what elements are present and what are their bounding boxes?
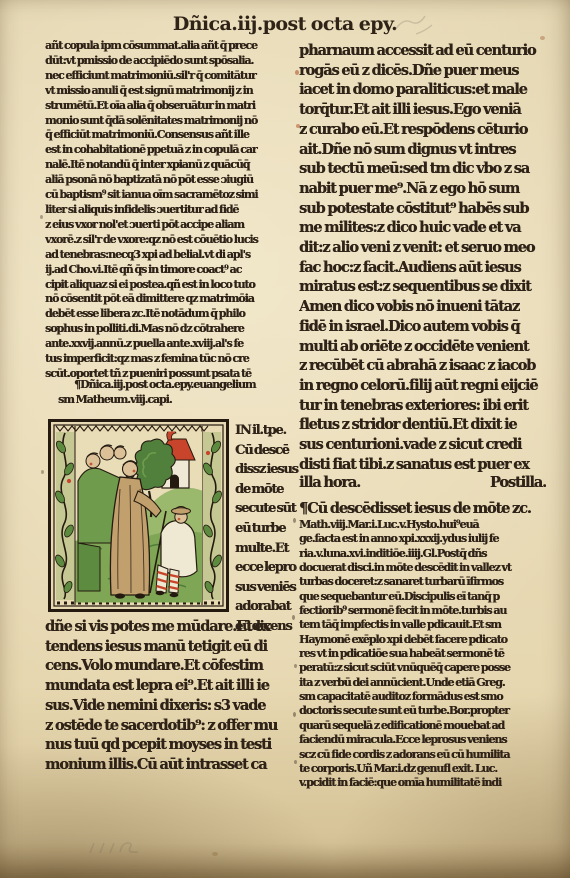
ink-speck <box>40 215 43 219</box>
vine-border-left <box>54 426 76 605</box>
foxing-speck <box>540 36 545 40</box>
ink-speck <box>292 615 295 620</box>
gospel-text-beside-woodcut: IN il.tpe. Cū descē dissz iesus de mōte … <box>235 421 301 639</box>
postilla-label: Postilla. <box>490 473 546 493</box>
gospel-rubric: ¶Dñica.iij.post octa.epy.euangelium sm M… <box>58 378 300 410</box>
book-page: Dñica.iij.post octa epy. añt copula ipm … <box>0 0 570 878</box>
running-title: Dñica.iij.post octa epy. <box>0 13 570 35</box>
gospel-text-below-woodcut: dñe si vis potes me mūdare.Et ex tendens… <box>45 617 301 777</box>
left-column-commentary-text: añt copula ipm cōsummat.alia añt q̄ prec… <box>45 39 301 379</box>
ink-speck <box>293 518 296 523</box>
postilla-commentary-text: Math.viij.Mar.i.Luc.v.Hysto.hui⁹euā ge.f… <box>299 518 551 796</box>
pencil-mark <box>392 10 436 38</box>
ink-speck <box>293 712 296 717</box>
pencil-inscription <box>86 838 156 858</box>
foxing-speck <box>296 124 300 128</box>
ink-speck <box>294 760 297 764</box>
gospel-end-line: illa hora. Postilla. <box>299 473 546 493</box>
ink-speck <box>294 664 297 668</box>
vine-border-right <box>202 426 224 605</box>
postilla-heading: ¶Cū descēdisset iesus de mōte zc. <box>299 499 546 519</box>
ink-speck <box>41 470 44 474</box>
woodcut-illustration <box>48 419 229 612</box>
foxing-speck <box>295 70 299 75</box>
ink-speck <box>294 566 297 570</box>
gospel-last-words: illa hora. <box>299 473 360 493</box>
foxing-speck <box>212 852 218 856</box>
right-column-gospel-text: pharnaum accessit ad eū centurio rogās e… <box>299 41 546 475</box>
